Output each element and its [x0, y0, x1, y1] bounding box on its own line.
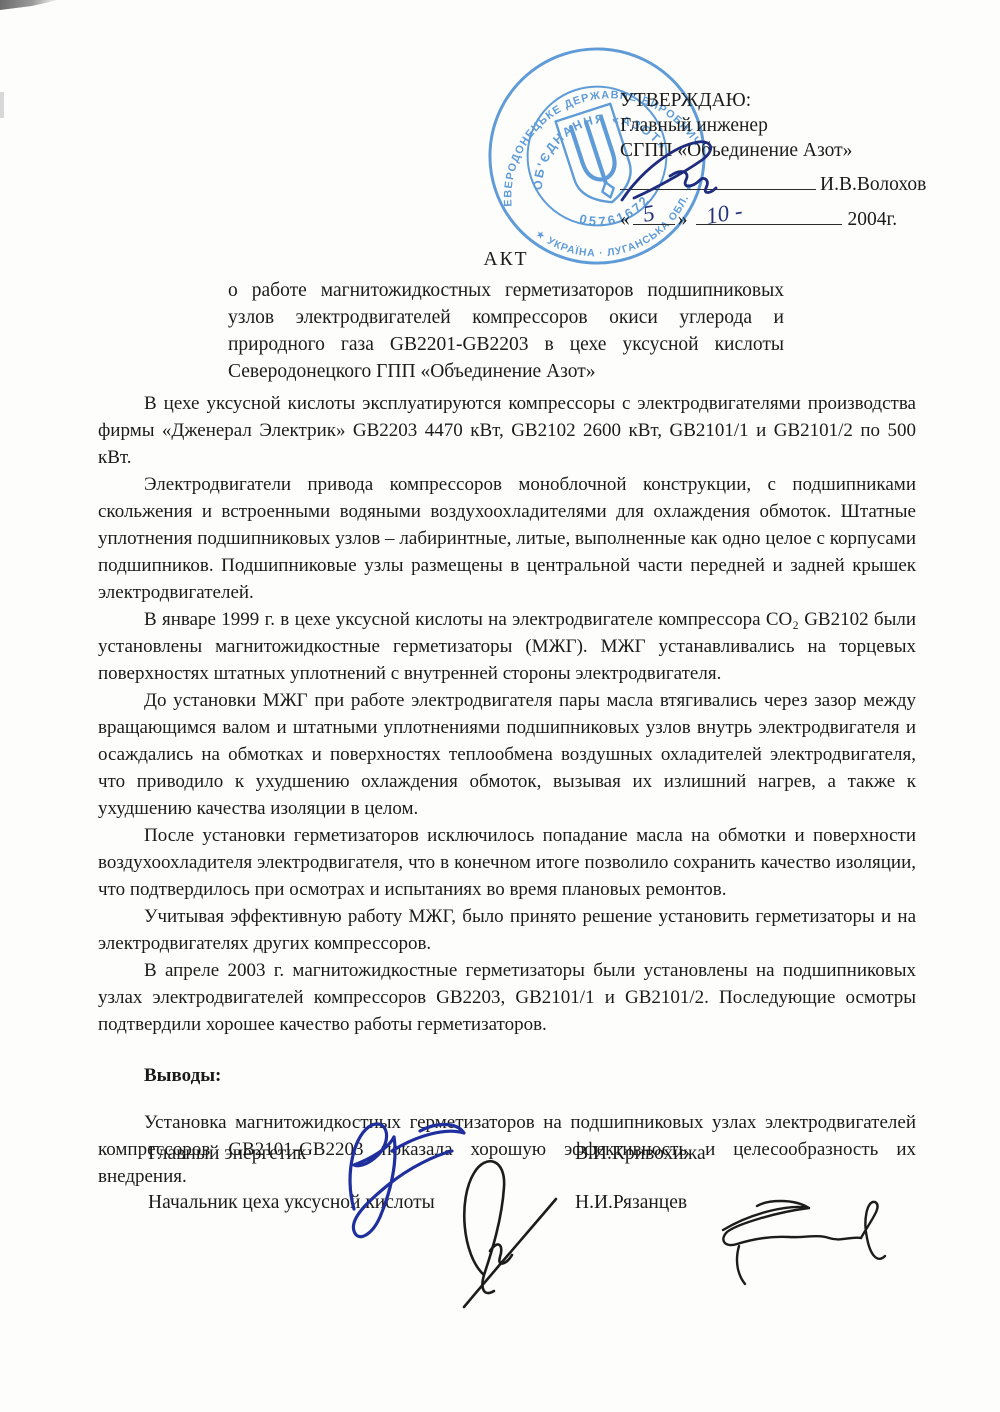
document-body: В цехе уксусной кислоты эксплуатируются …	[98, 390, 916, 1190]
document-page: СЕВЕРОДОНЕЦЬКЕ ДЕРЖАВНЕ ВИРОБНИЧЕ ОБ'ЄДН…	[0, 0, 1000, 1412]
signature-section: Главный энергетик В.И.Кривохижа Начальни…	[98, 1140, 938, 1238]
scan-artifact-edge	[0, 92, 4, 118]
body-paragraph: В цехе уксусной кислоты эксплуатируются …	[98, 390, 916, 471]
title-block: АКТ о работе магнитожидкостных герметиза…	[228, 246, 784, 385]
body-paragraph: До установки МЖГ при работе электродвига…	[98, 687, 916, 822]
signer-role: Начальник цеха уксусной кислоты	[148, 1189, 575, 1216]
quote-close: »	[678, 209, 688, 230]
signer-name: В.И.Кривохижа	[575, 1140, 706, 1167]
document-title: АКТ	[228, 246, 784, 273]
date-day-underline: 5	[633, 206, 675, 225]
body-paragraph: В январе 1999 г. в цехе уксусной кислоты…	[98, 606, 916, 687]
signature-row: Главный энергетик В.И.Кривохижа	[98, 1140, 938, 1167]
signature-underline	[620, 171, 816, 190]
conclusions-heading: Выводы:	[98, 1062, 916, 1089]
body-paragraph: Электродвигатели привода компрессоров мо…	[98, 471, 916, 606]
body-paragraph: Учитывая эффективную работу МЖГ, было пр…	[98, 903, 916, 957]
approver-name: И.В.Волохов	[820, 174, 926, 195]
body-paragraph: В апреле 2003 г. магнитожидкостные герме…	[98, 957, 916, 1038]
approval-block: УТВЕРЖДАЮ: Главный инженер СГПП «Объедин…	[620, 88, 950, 232]
handwritten-day: 5	[641, 200, 657, 227]
approval-date-line: «5»10 -2004г.	[620, 206, 950, 232]
quote-open: «	[620, 209, 630, 230]
approval-org: СГПП «Объединение Азот»	[620, 138, 950, 163]
signer-role: Главный энергетик	[148, 1140, 575, 1167]
approval-year: 2004г.	[848, 209, 898, 230]
document-subtitle: о работе магнитожидкостных герметизаторо…	[228, 277, 784, 385]
date-month-underline: 10 -	[696, 206, 842, 225]
scan-artifact-corner	[0, 0, 58, 10]
approval-heading: УТВЕРЖДАЮ:	[620, 88, 950, 113]
approval-signature-line: И.В.Волохов	[620, 171, 950, 197]
body-paragraph: После установки герметизаторов исключило…	[98, 822, 916, 903]
approval-role: Главный инженер	[620, 113, 950, 138]
signature-row: Начальник цеха уксусной кислоты Н.И.Ряза…	[98, 1189, 938, 1216]
handwritten-month: 10 -	[704, 198, 744, 229]
signer-name: Н.И.Рязанцев	[575, 1189, 687, 1216]
